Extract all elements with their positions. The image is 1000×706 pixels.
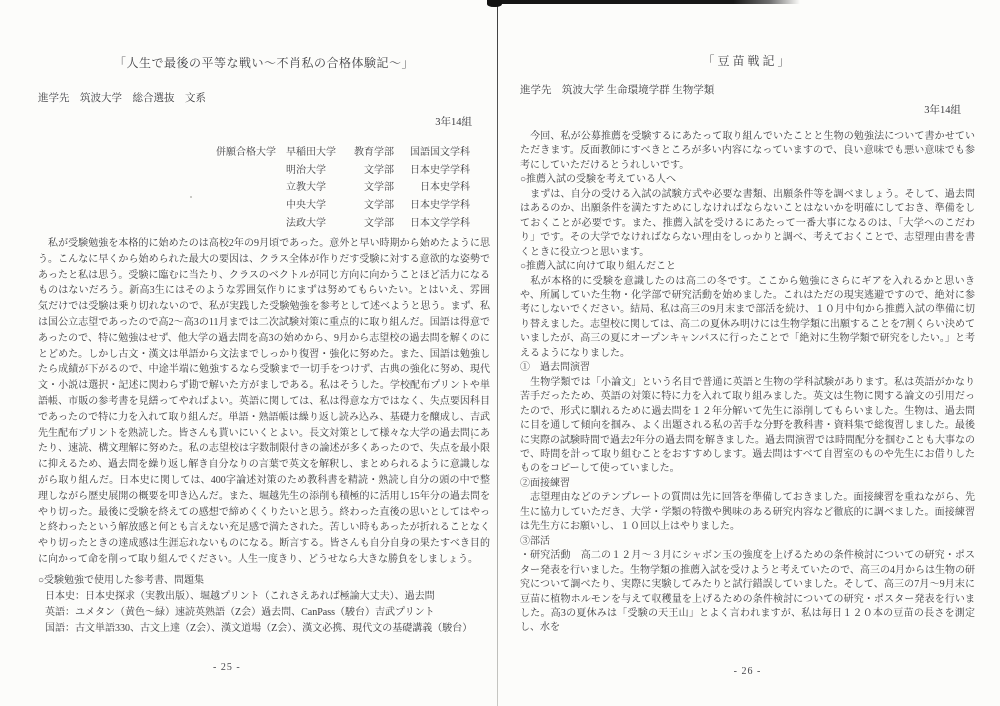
faculty-cell: 文学部 [340, 212, 394, 230]
university-cell: 明治大学 [276, 160, 340, 178]
reference-book-item: 日本史：日本史探求（実教出版）、堀越プリント（これさえあれば極論大丈夫）、過去問 [38, 589, 490, 605]
university-cell: 立教大学 [276, 177, 340, 195]
department-cell: 国語国文学科 [394, 142, 470, 160]
paragraph: 私が本格的に受験を意識したのは高二の冬です。ここから勉強にさらにギアを入れるかと… [520, 275, 975, 362]
reference-book-item: 国語：古文単語330、古文上達（Z会）、漢文道場（Z会）、漢文必携、現代文の基礎… [38, 621, 490, 637]
page-title: 「人生で最後の平等な戦い～不肖私の合格体験記～」 [38, 54, 490, 71]
department-cell: 日本文学学科 [394, 212, 470, 230]
faculty-cell: 文学部 [340, 177, 394, 195]
page-number: - 25 - [213, 662, 241, 673]
section-heading: ○推薦入試の受験を考えている人へ [520, 173, 975, 187]
class-label: 3年14組 [38, 114, 490, 129]
university-cell: 法政大学 [276, 212, 340, 230]
faculty-cell: 文学部 [340, 160, 394, 178]
admissions-label: 併願合格大学 [216, 142, 276, 160]
faculty-cell: 教育学部 [340, 142, 394, 160]
table-row: 併願合格大学 早稲田大学 教育学部 国語国文学科 [216, 142, 470, 160]
scanned-booklet-spread: 「人生で最後の平等な戦い～不肖私の合格体験記～」 進学先 筑波大学 総合選抜 文… [0, 0, 1000, 706]
reference-books-heading: ○受験勉強で使用した参考書、問題集 [38, 573, 490, 589]
table-row: 法政大学 文学部 日本文学学科 [216, 212, 470, 230]
university-cell: 中央大学 [276, 195, 340, 213]
page-spine-divider [497, 0, 498, 706]
reference-book-item: 英語：ユメタン（黄色～緑）速読英熟語（Z会）過去問、CanPass（駿台）吉武プ… [38, 605, 490, 621]
numbered-heading: ②面接練習 [520, 477, 975, 491]
essay-body: 私が受験勉強を本格的に始めたのは高校2年の9月頃であった。意外と早い時期から始め… [38, 236, 490, 568]
numbered-heading: ③部活 [520, 535, 975, 549]
paragraph: まずは、自分の受ける入試の試験方式や必要な書類、出願条件等を調べましょう。そして… [520, 188, 975, 260]
destination-line: 進学先 筑波大学 生命環境学群 生物学類 [520, 82, 975, 97]
department-cell: 日本史学科 [394, 177, 470, 195]
right-page: 「豆苗戦記」 進学先 筑波大学 生命環境学群 生物学類 3年14組 今回、私が公… [520, 0, 975, 636]
page-title: 「豆苗戦記」 [520, 52, 975, 69]
paragraph: ・研究活動 高二の１２月～３月にシャボン玉の強度を上げるための条件検討についての… [520, 549, 975, 636]
numbered-heading: ① 過去問演習 [520, 361, 975, 375]
paragraph: 生物学類では「小論文」という名目で普通に英語と生物の学科試験があります。私は英語… [520, 376, 975, 477]
section-heading: ○推薦入試に向けて取り組んだこと [520, 260, 975, 274]
essay-body: 今回、私が公募推薦を受験するにあたって取り組んでいたことと生物の勉強法について書… [520, 130, 975, 636]
table-row: 明治大学 文学部 日本史学学科 [216, 160, 470, 178]
department-cell: 日本史学学科 [394, 160, 470, 178]
university-cell: 早稲田大学 [276, 142, 340, 160]
destination-line: 進学先 筑波大学 総合選抜 文系 [38, 90, 490, 105]
paragraph: 志望理由などのテンプレートの質問は先に回答を準備しておきました。面接練習を重ねな… [520, 491, 975, 534]
class-label: 3年14組 [520, 102, 975, 117]
table-row: 中央大学 文学部 日本史学学科 [216, 195, 470, 213]
other-admissions-table: 併願合格大学 早稲田大学 教育学部 国語国文学科 明治大学 文学部 日本史学学科… [216, 142, 470, 230]
faculty-cell: 文学部 [340, 195, 394, 213]
table-row: 立教大学 文学部 日本史学科 [216, 177, 470, 195]
page-number: - 26 - [520, 666, 975, 677]
paragraph: 今回、私が公募推薦を受験するにあたって取り組んでいたことと生物の勉強法について書… [520, 130, 975, 173]
department-cell: 日本史学学科 [394, 195, 470, 213]
left-page: 「人生で最後の平等な戦い～不肖私の合格体験記～」 進学先 筑波大学 総合選抜 文… [38, 0, 490, 637]
